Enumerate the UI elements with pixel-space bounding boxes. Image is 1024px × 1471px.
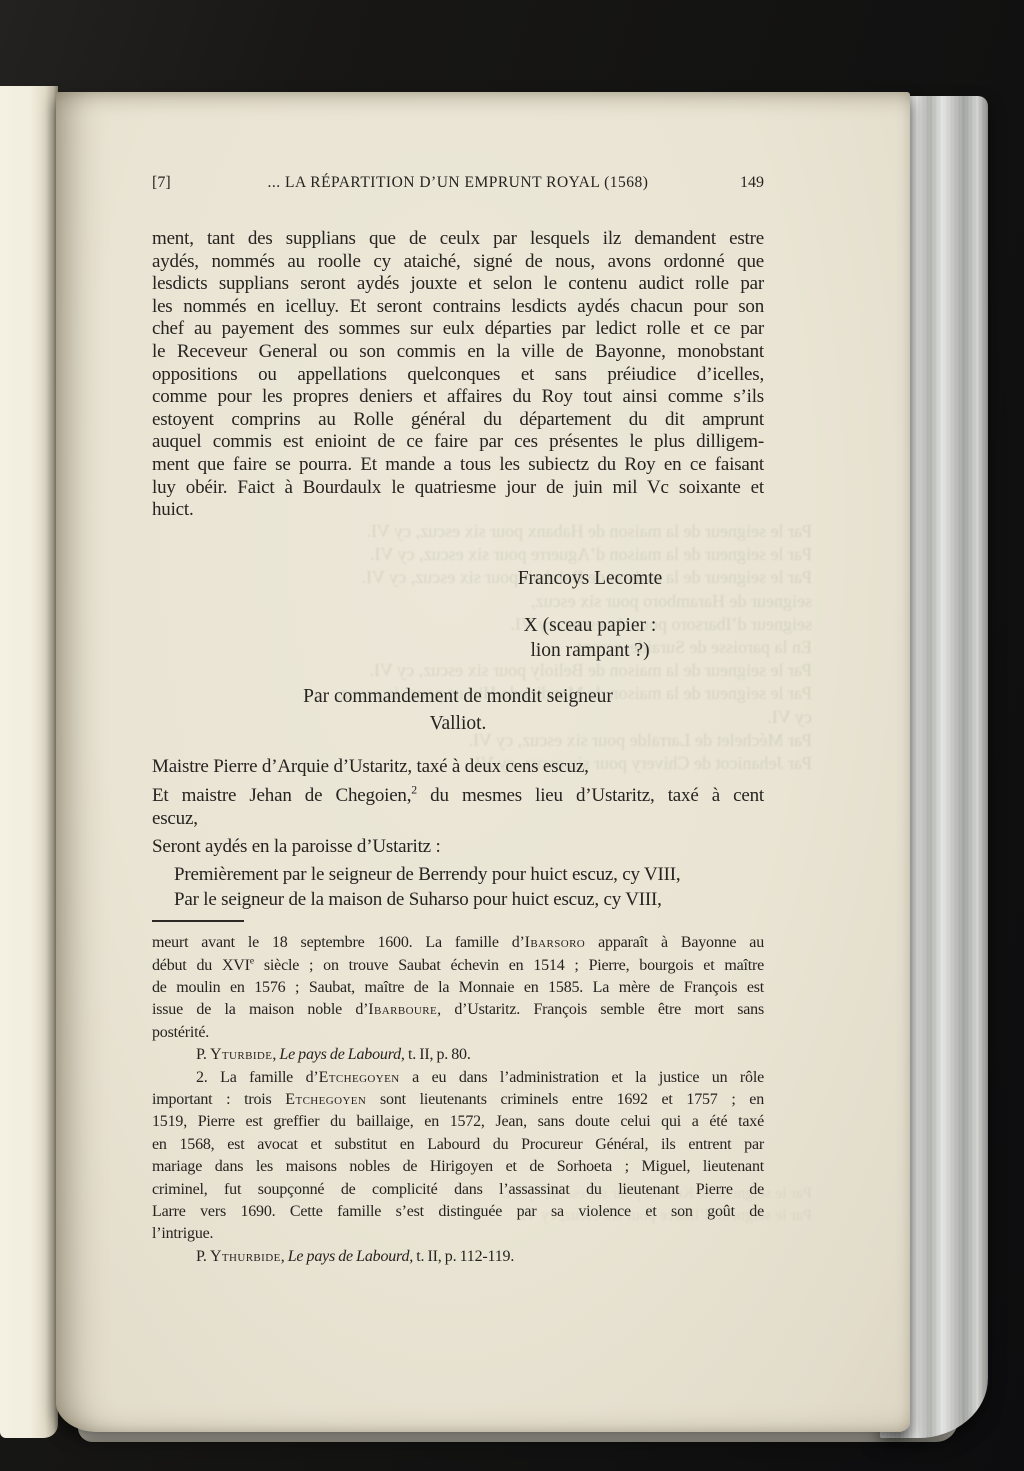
entry-line: Premièrement par le seigneur de Berrendy… bbox=[152, 864, 764, 886]
body-line: auquel commis est enioint de ce faire pa… bbox=[152, 431, 764, 454]
signature-name: Francoys Lecomte bbox=[440, 566, 740, 591]
body-line: chef au payement des sommes sur eulx dép… bbox=[152, 318, 764, 341]
footnote-line: postérité. bbox=[152, 1022, 764, 1044]
body-line: le Receveur General ou son commis en la … bbox=[152, 341, 764, 364]
command-line: Par commandement de mondit seigneur bbox=[152, 683, 764, 710]
footnotes: meurt avant le 18 septembre 1600. La fam… bbox=[152, 932, 764, 1268]
entry-line: Par le seigneur de la maison de Suharso … bbox=[152, 889, 764, 911]
body-line: lesdicts supplians seront aydés jouxte e… bbox=[152, 273, 764, 296]
footnote-line: issue de la maison noble d’Ibarboure, d’… bbox=[152, 999, 764, 1021]
body-line: comme pour les propres deniers et affair… bbox=[152, 386, 764, 409]
body-line: ment que faire se pourra. Et mande a tou… bbox=[152, 454, 764, 477]
entry-line: Et maistre Jehan de Chegoien,2 du mesmes… bbox=[152, 785, 764, 807]
footnote-line: Larre vers 1690. Cette famille s’est dis… bbox=[152, 1201, 764, 1223]
body-paragraph: ment, tant des supplians que de ceulx pa… bbox=[152, 228, 764, 522]
seal-line: lion rampant ?) bbox=[440, 638, 740, 663]
body-line: huict. bbox=[152, 499, 764, 522]
seal-line: X (sceau papier : bbox=[440, 613, 740, 638]
facing-page-edge bbox=[0, 86, 58, 1438]
footnote-separator bbox=[152, 920, 244, 922]
book-scan-background: Par le seigneur de la maison de Habanx p… bbox=[0, 0, 1024, 1471]
page-header: [7] ... LA RÉPARTITION D’UN EMPRUNT ROYA… bbox=[152, 174, 764, 192]
seal-note: X (sceau papier : lion rampant ?) bbox=[440, 613, 740, 663]
footnote-reference: P. Yturbide, Le pays de Labourd, t. II, … bbox=[152, 1044, 764, 1066]
footnote-line: important : trois Etchegoyen sont lieute… bbox=[152, 1089, 764, 1111]
footnote-line: 1519, Pierre est greffier du baillaige, … bbox=[152, 1111, 764, 1133]
footnote-line: en 1568, est avocat et substitut en Labo… bbox=[152, 1134, 764, 1156]
footnote-reference: P. Ythurbide, Le pays de Labourd, t. II,… bbox=[152, 1246, 764, 1268]
body-line: estoyent comprins au Rolle général du dé… bbox=[152, 409, 764, 432]
body-line: ment, tant des supplians que de ceulx pa… bbox=[152, 228, 764, 251]
entry-line: escuz, bbox=[152, 808, 764, 830]
body-line: oppositions ou appellations quelconques … bbox=[152, 364, 764, 387]
entry-line: Maistre Pierre d’Arquie d’Ustaritz, taxé… bbox=[152, 756, 764, 778]
book-page: Par le seigneur de la maison de Habanx p… bbox=[56, 92, 910, 1432]
footnote-line: l’intrigue. bbox=[152, 1223, 764, 1245]
footnote-line: de moulin en 1576 ; Saubat, maître de la… bbox=[152, 977, 764, 999]
page-content: [7] ... LA RÉPARTITION D’UN EMPRUNT ROYA… bbox=[152, 92, 764, 1268]
section-marker: [7] bbox=[152, 174, 212, 192]
entry-line: Seront aydés en la paroisse d’Ustaritz : bbox=[152, 836, 764, 858]
signature-block: Francoys Lecomte X (sceau papier : lion … bbox=[440, 566, 740, 663]
command-signature: Valliot. bbox=[152, 710, 764, 737]
footnote-line: criminel, fut soupçonné de complicité da… bbox=[152, 1179, 764, 1201]
footnote-line: meurt avant le 18 septembre 1600. La fam… bbox=[152, 932, 764, 954]
command-block: Par commandement de mondit seigneur Vall… bbox=[152, 683, 764, 737]
body-line: les nommés en icelluy. Et seront contrai… bbox=[152, 296, 764, 319]
footnote-line: 2. La famille d’Etchegoyen a eu dans l’a… bbox=[152, 1067, 764, 1089]
footnote-line: début du XVIe siècle ; on trouve Saubat … bbox=[152, 955, 764, 977]
footnote-line: mariage dans les maisons nobles de Hirig… bbox=[152, 1156, 764, 1178]
body-line: aydés, nommés au roolle cy ataiché, sign… bbox=[152, 251, 764, 274]
body-line: luy obéir. Faict à Bourdaulx le quatries… bbox=[152, 477, 764, 500]
tax-entries: Maistre Pierre d’Arquie d’Ustaritz, taxé… bbox=[152, 756, 764, 911]
page-number: 149 bbox=[704, 174, 764, 192]
running-title: ... LA RÉPARTITION D’UN EMPRUNT ROYAL (1… bbox=[212, 174, 704, 192]
